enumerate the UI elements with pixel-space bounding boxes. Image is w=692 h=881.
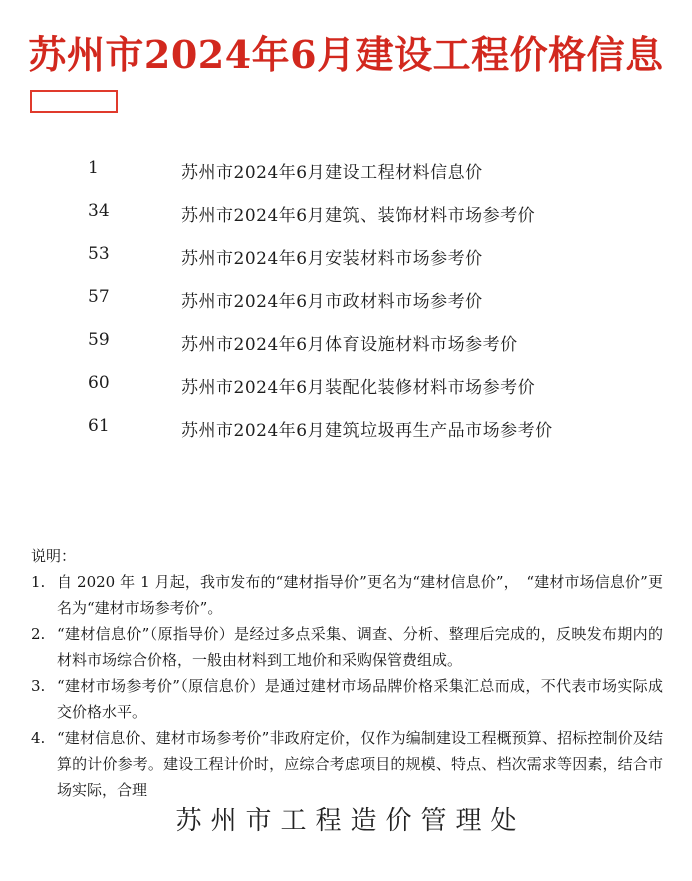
note-number: 4.: [31, 725, 45, 751]
toc-entry-title: 苏州市2024年6月安装材料市场参考价: [181, 244, 483, 269]
toc-row: 57 苏州市2024年6月市政材料市场参考价: [0, 279, 692, 322]
toc-entry-title: 苏州市2024年6月体育设施材料市场参考价: [181, 330, 518, 355]
toc-list: 1 苏州市2024年6月建设工程材料信息价 34 苏州市2024年6月建筑、装饰…: [0, 150, 692, 451]
footer-organization: 苏州市工程造价管理处: [0, 800, 692, 837]
red-stamp-box: [30, 90, 118, 113]
note-text: “建材信息价、建材市场参考价”非政府定价，仅作为编制建设工程概预算、招标控制价及…: [57, 729, 663, 799]
toc-row: 60 苏州市2024年6月装配化装修材料市场参考价: [0, 365, 692, 408]
note-number: 1.: [31, 569, 45, 595]
note-number: 2.: [31, 621, 45, 647]
toc-page-number: 61: [88, 416, 110, 436]
toc-entry-title: 苏州市2024年6月建筑、装饰材料市场参考价: [181, 201, 535, 226]
toc-row: 34 苏州市2024年6月建筑、装饰材料市场参考价: [0, 193, 692, 236]
toc-entry-title: 苏州市2024年6月装配化装修材料市场参考价: [181, 373, 535, 398]
toc-entry-title: 苏州市2024年6月市政材料市场参考价: [181, 287, 483, 312]
notes-heading: 说明：: [31, 543, 663, 569]
toc-page-number: 1: [88, 158, 99, 178]
toc-entry-title: 苏州市2024年6月建设工程材料信息价: [181, 158, 483, 183]
toc-entry-title: 苏州市2024年6月建筑垃圾再生产品市场参考价: [181, 416, 553, 441]
note-item: 2. “建材信息价”（原指导价）是经过多点采集、调查、分析、整理后完成的，反映发…: [31, 621, 663, 673]
page-title: 苏州市2024年6月建设工程价格信息: [0, 24, 692, 79]
note-item: 1. 自 2020 年 1 月起，我市发布的“建材指导价”更名为“建材信息价”，…: [31, 569, 663, 621]
note-item: 4. “建材信息价、建材市场参考价”非政府定价，仅作为编制建设工程概预算、招标控…: [31, 725, 663, 803]
toc-row: 53 苏州市2024年6月安装材料市场参考价: [0, 236, 692, 279]
note-text: 自 2020 年 1 月起，我市发布的“建材指导价”更名为“建材信息价”， “建…: [57, 573, 663, 617]
toc-page-number: 53: [88, 244, 110, 264]
toc-page-number: 59: [88, 330, 110, 350]
toc-page-number: 60: [88, 373, 110, 393]
toc-page-number: 57: [88, 287, 110, 307]
toc-row: 1 苏州市2024年6月建设工程材料信息价: [0, 150, 692, 193]
note-item: 3. “建材市场参考价”（原信息价）是通过建材市场品牌价格采集汇总而成，不代表市…: [31, 673, 663, 725]
toc-page-number: 34: [88, 201, 110, 221]
document-page: 苏州市2024年6月建设工程价格信息 1 苏州市2024年6月建设工程材料信息价…: [0, 0, 692, 881]
note-text: “建材信息价”（原指导价）是经过多点采集、调查、分析、整理后完成的，反映发布期内…: [57, 625, 663, 669]
toc-row: 59 苏州市2024年6月体育设施材料市场参考价: [0, 322, 692, 365]
note-number: 3.: [31, 673, 45, 699]
notes-section: 说明： 1. 自 2020 年 1 月起，我市发布的“建材指导价”更名为“建材信…: [31, 543, 663, 803]
note-text: “建材市场参考价”（原信息价）是通过建材市场品牌价格采集汇总而成，不代表市场实际…: [57, 677, 663, 721]
toc-row: 61 苏州市2024年6月建筑垃圾再生产品市场参考价: [0, 408, 692, 451]
